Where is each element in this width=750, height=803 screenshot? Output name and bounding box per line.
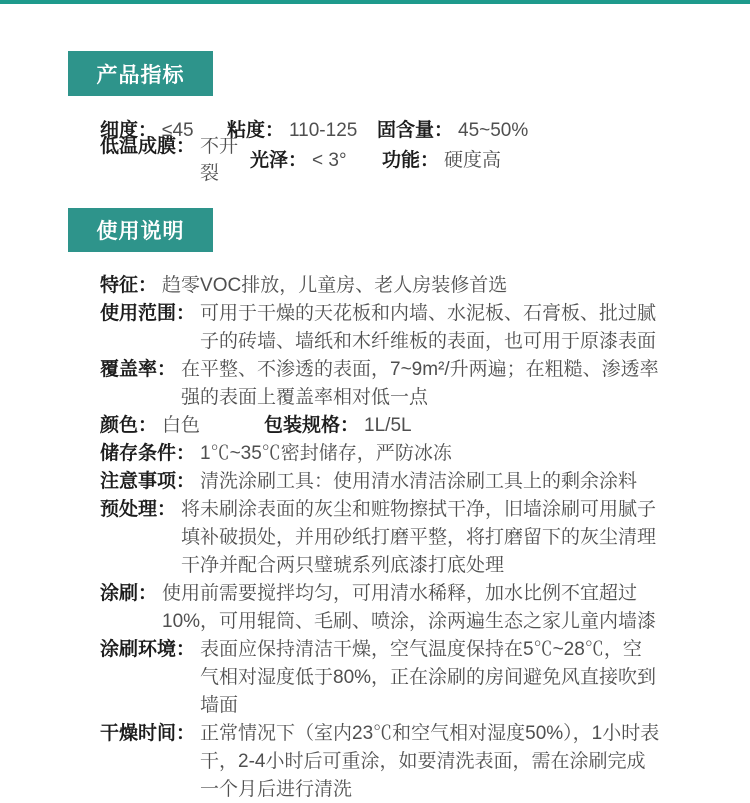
spec-low-temp-film: 低温成膜： 不开裂 [100, 131, 250, 185]
usage-label: 涂刷： [100, 580, 157, 608]
spec-value: 不开裂 [200, 131, 250, 185]
spec-label: 低温成膜： [100, 131, 195, 158]
usage-value: 白色 [162, 412, 200, 440]
usage-value: 趋零VOC排放，儿童房、老人房装修首选 [162, 272, 660, 300]
usage-item-drying-time: 干燥时间： 正常情况下（室内23℃和空气相对湿度50%），1小时表干，2-4小时… [100, 720, 660, 803]
usage-value: 表面应保持清洁干燥，空气温度保持在5℃~28℃，空气相对湿度低于80%，正在涂刷… [200, 636, 660, 720]
spec-label: 固含量： [377, 115, 453, 142]
usage-item-painting: 涂刷： 使用前需要搅拌均匀，可用清水稀释，加水比例不宜超过10%，可用辊筒、毛刷… [100, 580, 660, 636]
usage-label: 覆盖率： [100, 356, 176, 384]
usage-label: 储存条件： [100, 440, 195, 468]
spec-value: 硬度高 [444, 145, 501, 172]
usage-value: 清洗涂刷工具：使用清水清洁涂刷工具上的剩余涂料 [200, 468, 660, 496]
usage-value: 1L/5L [364, 412, 412, 440]
spec-gloss: 光泽： < 3° [250, 145, 382, 172]
usage-item-packaging: 包装规格： 1L/5L [264, 412, 412, 440]
usage-label: 干燥时间： [100, 720, 195, 748]
spec-function: 功能： 硬度高 [382, 145, 501, 172]
usage-item-color-packaging: 颜色： 白色 包装规格： 1L/5L [100, 412, 660, 440]
spec-value: < 3° [312, 150, 347, 172]
product-detail-page: { "colors": { "accent": "#2e948b", "top_… [0, 0, 750, 803]
section-title: 产品指标 [97, 59, 185, 89]
spec-value: 45~50% [458, 120, 528, 142]
spec-value: 110-125 [289, 120, 357, 142]
section-header-product-specs: 产品指标 [68, 51, 213, 96]
usage-value: 使用前需要搅拌均匀，可用清水稀释，加水比例不宜超过10%，可用辊筒、毛刷、喷涂，… [162, 580, 660, 636]
usage-value: 正常情况下（室内23℃和空气相对湿度50%），1小时表干，2-4小时后可重涂，如… [200, 720, 660, 803]
spec-label: 光泽： [250, 145, 307, 172]
usage-label: 预处理： [100, 496, 176, 524]
usage-value: 1℃~35℃密封储存，严防冰冻 [200, 440, 660, 468]
usage-value: 在平整、不渗透的表面，7~9m²/升两遍；在粗糙、渗透率强的表面上覆盖率相对低一… [181, 356, 660, 412]
usage-item-storage-conditions: 储存条件： 1℃~35℃密封储存，严防冰冻 [100, 440, 660, 468]
usage-item-painting-environment: 涂刷环境： 表面应保持清洁干燥，空气温度保持在5℃~28℃，空气相对湿度低于80… [100, 636, 660, 720]
usage-value: 可用于干燥的天花板和内墙、水泥板、石膏板、批过腻子的砖墙、墙纸和木纤维板的表面，… [200, 300, 660, 356]
section-header-usage-instructions: 使用说明 [68, 208, 213, 252]
spec-row: 低温成膜： 不开裂 光泽： < 3° 功能： 硬度高 [100, 143, 710, 173]
usage-item-application-range: 使用范围： 可用于干燥的天花板和内墙、水泥板、石膏板、批过腻子的砖墙、墙纸和木纤… [100, 300, 660, 356]
usage-item-features: 特征： 趋零VOC排放，儿童房、老人房装修首选 [100, 272, 660, 300]
usage-label: 注意事项： [100, 468, 195, 496]
usage-label: 特征： [100, 272, 157, 300]
spec-solid-content: 固含量： 45~50% [377, 115, 528, 142]
usage-item-precautions: 注意事项： 清洗涂刷工具：使用清水清洁涂刷工具上的剩余涂料 [100, 468, 660, 496]
usage-item-pretreatment: 预处理： 将未刷涂表面的灰尘和赃物擦拭干净，旧墙涂刷可用腻子填补破损处，并用砂纸… [100, 496, 660, 580]
product-specs-table: 细度： ≤45 粘度： 110-125 固含量： 45~50% 低温成膜： 不开… [100, 113, 710, 173]
usage-value: 将未刷涂表面的灰尘和赃物擦拭干净，旧墙涂刷可用腻子填补破损处，并用砂纸打磨平整，… [181, 496, 660, 580]
section-title: 使用说明 [97, 215, 185, 245]
usage-label: 包装规格： [264, 412, 359, 440]
usage-label: 使用范围： [100, 300, 195, 328]
spec-label: 功能： [382, 145, 439, 172]
usage-instructions-list: 特征： 趋零VOC排放，儿童房、老人房装修首选 使用范围： 可用于干燥的天花板和… [100, 272, 660, 803]
usage-item-coverage: 覆盖率： 在平整、不渗透的表面，7~9m²/升两遍；在粗糙、渗透率强的表面上覆盖… [100, 356, 660, 412]
usage-label: 涂刷环境： [100, 636, 195, 664]
top-accent-strip [0, 0, 750, 4]
usage-label: 颜色： [100, 412, 157, 440]
